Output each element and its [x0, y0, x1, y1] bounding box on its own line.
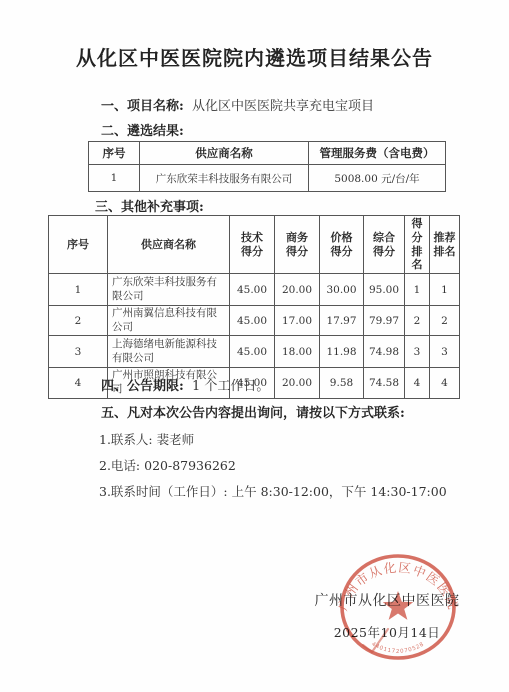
- contact-time-line: 3.联系时间（工作日）: 上午 8:30-12:00，下午 14:30-17:0…: [99, 482, 447, 500]
- cell-recommend-rank: 3: [430, 336, 460, 368]
- cell-score-rank: 4: [405, 368, 430, 398]
- cell-no: 4: [49, 368, 108, 398]
- cell-supplier: 广州南翼信息科技有限公司: [108, 306, 230, 336]
- cell-tech-score: 45.00: [230, 336, 275, 368]
- cell-supplier: 广东欣荣丰科技服务有限公司: [140, 165, 309, 192]
- cell-business-score: 18.00: [275, 336, 320, 368]
- section-inquiry: 五、凡对本次公告内容提出询问，请按以下方式联系:: [101, 402, 405, 421]
- table-row: 1 广东欣荣丰科技服务有限公司 5008.00 元/台/年: [89, 165, 446, 192]
- cell-total-score: 95.00: [364, 274, 405, 306]
- cell-price-score: 9.58: [320, 368, 364, 398]
- cell-score-rank: 1: [405, 274, 430, 306]
- inquiry-label: 五、凡对本次公告内容提出询问，请按以下方式联系:: [101, 406, 405, 421]
- column-header-total-score: 综合 得分: [364, 216, 405, 274]
- signature-block: 广州市从化区中医医院 2025年10月14日: [306, 590, 468, 641]
- column-header-tech-score: 技术 得分: [230, 216, 275, 274]
- contact-phone-line: 2.电话: 020-87936262: [99, 456, 236, 474]
- notice-period-label: 四、公告期限:: [101, 379, 184, 394]
- table-row: 1 广东欣荣丰科技服务有限公司 45.00 20.00 30.00 95.00 …: [49, 274, 460, 306]
- svg-text:4401172070528: 4401172070528: [370, 641, 425, 654]
- section-notice-period: 四、公告期限: 1 个工作日。: [101, 375, 269, 394]
- table-header-row: 序号 供应商名称 技术 得分 商务 得分 价格 得分 综合 得分 得分 排名 推…: [49, 216, 460, 274]
- cell-recommend-rank: 4: [430, 368, 460, 398]
- cell-recommend-rank: 2: [430, 306, 460, 336]
- cell-business-score: 17.00: [275, 306, 320, 336]
- project-name-value: 从化区中医医院共享充电宝项目: [192, 99, 374, 114]
- column-header-no: 序号: [89, 142, 140, 165]
- selection-result-label: 二、遴选结果:: [101, 124, 184, 139]
- cell-total-score: 74.98: [364, 336, 405, 368]
- cell-tech-score: 45.00: [230, 306, 275, 336]
- table-header-row: 序号 供应商名称 管理服务费（含电费）: [89, 142, 446, 165]
- table-row: 3 上海德绪电新能源科技有限公司 45.00 18.00 11.98 74.98…: [49, 336, 460, 368]
- cell-fee: 5008.00 元/台/年: [309, 165, 446, 192]
- stamp-serial-number: 4401172070528: [370, 641, 425, 654]
- cell-supplier: 广东欣荣丰科技服务有限公司: [108, 274, 230, 306]
- column-header-recommend-rank: 推荐 排名: [430, 216, 460, 274]
- column-header-score-rank: 得分 排名: [405, 216, 430, 274]
- section-other-items: 三、其他补充事项:: [95, 196, 204, 215]
- cell-no: 1: [89, 165, 140, 192]
- cell-no: 3: [49, 336, 108, 368]
- notice-period-value: 1 个工作日。: [192, 379, 269, 394]
- section-selection-result: 二、遴选结果:: [101, 120, 184, 139]
- cell-supplier: 上海德绪电新能源科技有限公司: [108, 336, 230, 368]
- cell-total-score: 74.58: [364, 368, 405, 398]
- column-header-no: 序号: [49, 216, 108, 274]
- column-header-business-score: 商务 得分: [275, 216, 320, 274]
- cell-price-score: 11.98: [320, 336, 364, 368]
- score-table: 序号 供应商名称 技术 得分 商务 得分 价格 得分 综合 得分 得分 排名 推…: [48, 215, 460, 399]
- cell-price-score: 30.00: [320, 274, 364, 306]
- column-header-supplier: 供应商名称: [140, 142, 309, 165]
- table-row: 2 广州南翼信息科技有限公司 45.00 17.00 17.97 79.97 2…: [49, 306, 460, 336]
- contact-person-line: 1.联系人: 裴老师: [99, 430, 194, 448]
- signature-org: 广州市从化区中医医院: [306, 590, 468, 610]
- cell-price-score: 17.97: [320, 306, 364, 336]
- project-name-label: 一、项目名称:: [101, 99, 184, 114]
- other-items-label: 三、其他补充事项:: [95, 200, 204, 215]
- page-title: 从化区中医医院院内遴选项目结果公告: [0, 42, 509, 71]
- cell-score-rank: 2: [405, 306, 430, 336]
- signature-date: 2025年10月14日: [306, 623, 468, 641]
- column-header-price-score: 价格 得分: [320, 216, 364, 274]
- cell-tech-score: 45.00: [230, 274, 275, 306]
- section-project-name: 一、项目名称: 从化区中医医院共享充电宝项目: [101, 95, 374, 114]
- cell-business-score: 20.00: [275, 274, 320, 306]
- column-header-supplier: 供应商名称: [108, 216, 230, 274]
- cell-no: 2: [49, 306, 108, 336]
- cell-recommend-rank: 1: [430, 274, 460, 306]
- cell-business-score: 20.00: [275, 368, 320, 398]
- selection-result-table: 序号 供应商名称 管理服务费（含电费） 1 广东欣荣丰科技服务有限公司 5008…: [88, 141, 446, 192]
- column-header-fee: 管理服务费（含电费）: [309, 142, 446, 165]
- document-page: 从化区中医医院院内遴选项目结果公告 一、项目名称: 从化区中医医院共享充电宝项目…: [0, 0, 509, 692]
- cell-score-rank: 3: [405, 336, 430, 368]
- cell-total-score: 79.97: [364, 306, 405, 336]
- cell-no: 1: [49, 274, 108, 306]
